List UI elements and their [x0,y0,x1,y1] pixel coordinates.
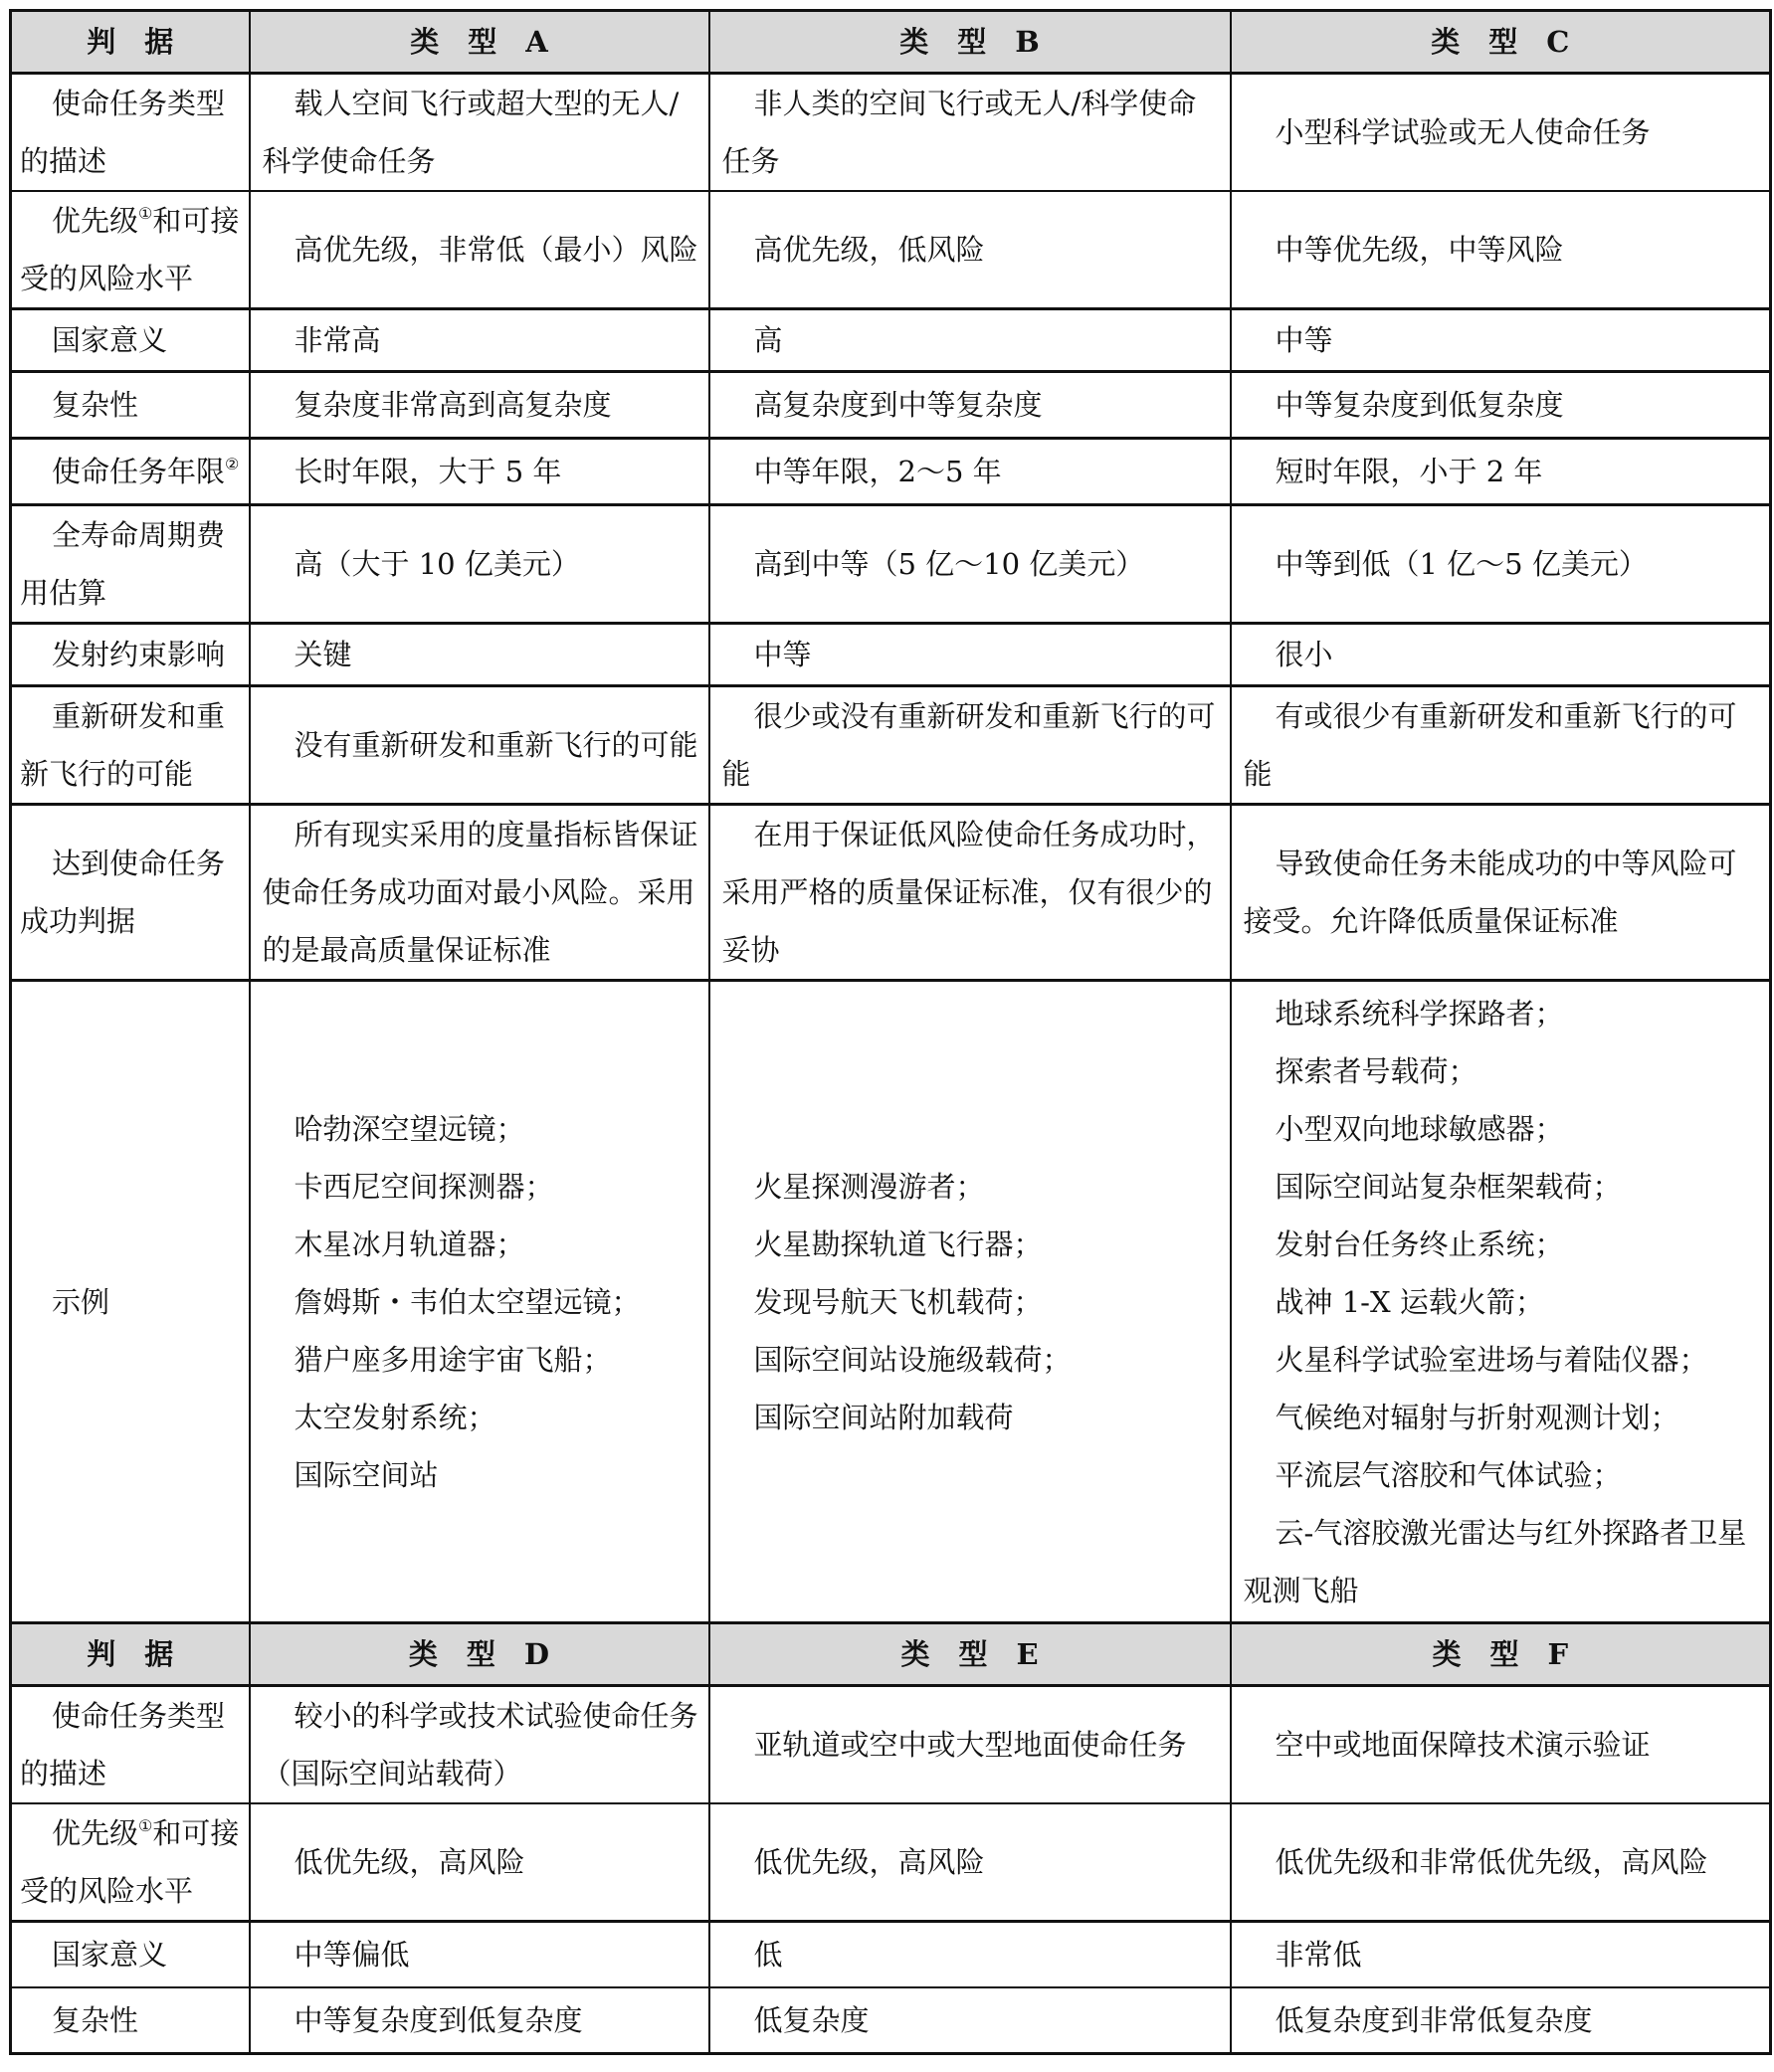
row-label: 国家意义 [20,311,245,369]
cell-type-f: 低复杂度到非常低复杂度 [1244,1991,1760,2049]
table-row: 复杂性 中等复杂度到低复杂度 低复杂度 低复杂度到非常低复杂度 [11,1987,1771,2054]
header-type-f: 类 型 F [1231,1623,1771,1686]
mission-classification-table: 判 据 类 型 A 类 型 B 类 型 C 使命任务类型的描述 载人空间飞行或超… [9,9,1772,2055]
list-item: 哈勃深空望远镜； [263,1100,698,1158]
table-row: 全寿命周期费用估算 高（大于 10 亿美元） 高到中等（5 亿～10 亿美元） … [11,505,1771,624]
row-label: 发射约束影响 [20,626,245,683]
list-item: 发现号航天飞机载荷； [722,1273,1220,1331]
row-label: 达到使命任务成功判据 [20,835,245,950]
cell-type-c: 中等 [1244,311,1760,369]
footnote-marker: ② [225,455,239,473]
cell-type-c: 中等到低（1 亿～5 亿美元） [1244,535,1760,593]
cell-type-a: 高优先级，非常低（最小）风险 [263,221,698,279]
table-row: 优先级①和可接受的风险水平 低优先级，高风险 低优先级，高风险 低优先级和非常低… [11,1803,1771,1922]
list-item: 国际空间站附加载荷 [722,1389,1220,1446]
table-row: 发射约束影响 关键 中等 很小 [11,624,1771,686]
cell-type-e: 低优先级，高风险 [722,1833,1220,1891]
cell-type-c: 短时年限，小于 2 年 [1244,443,1760,500]
table-row: 复杂性 复杂度非常高到高复杂度 高复杂度到中等复杂度 中等复杂度到低复杂度 [11,372,1771,439]
cell-type-c: 小型科学试验或无人使命任务 [1244,103,1760,161]
cell-type-b: 非人类的空间飞行或无人/科学使命任务 [722,75,1220,190]
list-item: 气候绝对辐射与折射观测计划； [1244,1389,1760,1446]
list-item: 平流层气溶胶和气体试验； [1244,1446,1760,1504]
header-criteria: 判 据 [11,1623,250,1686]
row-label: 复杂性 [20,1991,245,2049]
footnote-marker: ① [138,1816,152,1835]
cell-type-f: 空中或地面保障技术演示验证 [1244,1716,1760,1774]
examples-type-b: 火星探测漫游者； 火星勘探轨道飞行器； 发现号航天飞机载荷； 国际空间站设施级载… [709,981,1231,1623]
cell-type-f: 非常低 [1244,1926,1760,1983]
list-item: 猎户座多用途宇宙飞船； [263,1331,698,1389]
cell-type-d: 中等偏低 [263,1926,698,1983]
cell-type-a: 所有现实采用的度量指标皆保证使命任务成功面对最小风险。采用的是最高质量保证标准 [263,806,698,979]
cell-type-a: 载人空间飞行或超大型的无人/科学使命任务 [263,75,698,190]
cell-type-d: 低优先级，高风险 [263,1833,698,1891]
cell-type-b: 高复杂度到中等复杂度 [722,376,1220,434]
list-item: 战神 1-X 运载火箭； [1244,1273,1760,1331]
table-row: 使命任务类型的描述 较小的科学或技术试验使命任务（国际空间站载荷） 亚轨道或空中… [11,1686,1771,1804]
table-header-bottom: 判 据 类 型 D 类 型 E 类 型 F [11,1623,1771,1686]
table-row: 国家意义 非常高 高 中等 [11,309,1771,372]
list-item: 国际空间站 [263,1446,698,1504]
header-criteria: 判 据 [11,11,250,74]
row-label: 使命任务类型的描述 [20,75,245,190]
table-header-top: 判 据 类 型 A 类 型 B 类 型 C [11,11,1771,74]
cell-type-b: 很少或没有重新研发和重新飞行的可能 [722,687,1220,803]
list-item: 云-气溶胶激光雷达与红外探路者卫星观测飞船 [1244,1504,1760,1619]
cell-type-b: 高 [722,311,1220,369]
list-item: 太空发射系统； [263,1389,698,1446]
cell-type-c: 导致使命任务未能成功的中等风险可接受。允许降低质量保证标准 [1244,835,1760,950]
list-item: 地球系统科学探路者； [1244,985,1760,1042]
cell-type-a: 复杂度非常高到高复杂度 [263,376,698,434]
header-type-c: 类 型 C [1231,11,1771,74]
list-item: 詹姆斯・韦伯太空望远镜； [263,1273,698,1331]
list-item: 火星勘探轨道飞行器； [722,1216,1220,1273]
table-row: 国家意义 中等偏低 低 非常低 [11,1922,1771,1988]
footnote-marker: ① [138,204,152,223]
list-item: 木星冰月轨道器； [263,1216,698,1273]
header-type-b: 类 型 B [709,11,1231,74]
header-type-a: 类 型 A [250,11,709,74]
cell-type-c: 中等优先级，中等风险 [1244,221,1760,279]
examples-type-c: 地球系统科学探路者； 探索者号载荷； 小型双向地球敏感器； 国际空间站复杂框架载… [1231,981,1771,1623]
row-label: 全寿命周期费用估算 [20,506,245,622]
cell-type-f: 低优先级和非常低优先级，高风险 [1244,1833,1760,1891]
cell-type-e: 亚轨道或空中或大型地面使命任务 [722,1716,1220,1774]
cell-type-a: 长时年限，大于 5 年 [263,443,698,500]
cell-type-a: 没有重新研发和重新飞行的可能 [263,716,698,774]
cell-type-b: 高优先级，低风险 [722,221,1220,279]
cell-type-b: 在用于保证低风险使命任务成功时，采用严格的质量保证标准，仅有很少的妥协 [722,806,1220,979]
cell-type-b: 中等 [722,626,1220,683]
row-label: 复杂性 [20,376,245,434]
table-row-examples: 示例 哈勃深空望远镜； 卡西尼空间探测器； 木星冰月轨道器； 詹姆斯・韦伯太空望… [11,981,1771,1623]
row-label: 优先级①和可接受的风险水平 [20,1804,245,1920]
cell-type-b: 高到中等（5 亿～10 亿美元） [722,535,1220,593]
cell-type-c: 很小 [1244,626,1760,683]
cell-type-c: 有或很少有重新研发和重新飞行的可能 [1244,687,1760,803]
cell-type-d: 中等复杂度到低复杂度 [263,1991,698,2049]
table-row: 达到使命任务成功判据 所有现实采用的度量指标皆保证使命任务成功面对最小风险。采用… [11,805,1771,981]
list-item: 卡西尼空间探测器； [263,1158,698,1216]
list-item: 小型双向地球敏感器； [1244,1100,1760,1158]
table-row: 使命任务年限② 长时年限，大于 5 年 中等年限，2～5 年 短时年限，小于 2… [11,439,1771,505]
list-item: 发射台任务终止系统； [1244,1216,1760,1273]
row-label: 优先级①和可接受的风险水平 [20,192,245,307]
list-item: 火星探测漫游者； [722,1158,1220,1216]
examples-type-a: 哈勃深空望远镜； 卡西尼空间探测器； 木星冰月轨道器； 詹姆斯・韦伯太空望远镜；… [250,981,709,1623]
list-item: 国际空间站复杂框架载荷； [1244,1158,1760,1216]
row-label: 使命任务类型的描述 [20,1687,245,1802]
cell-type-a: 关键 [263,626,698,683]
cell-type-c: 中等复杂度到低复杂度 [1244,376,1760,434]
table-row: 使命任务类型的描述 载人空间飞行或超大型的无人/科学使命任务 非人类的空间飞行或… [11,74,1771,192]
row-label: 示例 [20,1273,245,1331]
row-label: 重新研发和重新飞行的可能 [20,687,245,803]
header-type-d: 类 型 D [250,1623,709,1686]
list-item: 国际空间站设施级载荷； [722,1331,1220,1389]
cell-type-d: 较小的科学或技术试验使命任务（国际空间站载荷） [263,1687,698,1802]
table-row: 优先级①和可接受的风险水平 高优先级，非常低（最小）风险 高优先级，低风险 中等… [11,191,1771,309]
cell-type-b: 中等年限，2～5 年 [722,443,1220,500]
header-type-e: 类 型 E [709,1623,1231,1686]
list-item: 探索者号载荷； [1244,1042,1760,1100]
row-label: 国家意义 [20,1926,245,1983]
cell-type-a: 高（大于 10 亿美元） [263,535,698,593]
list-item: 火星科学试验室进场与着陆仪器； [1244,1331,1760,1389]
cell-type-e: 低 [722,1926,1220,1983]
table-row: 重新研发和重新飞行的可能 没有重新研发和重新飞行的可能 很少或没有重新研发和重新… [11,686,1771,805]
row-label: 使命任务年限② [20,443,245,500]
cell-type-e: 低复杂度 [722,1991,1220,2049]
cell-type-a: 非常高 [263,311,698,369]
